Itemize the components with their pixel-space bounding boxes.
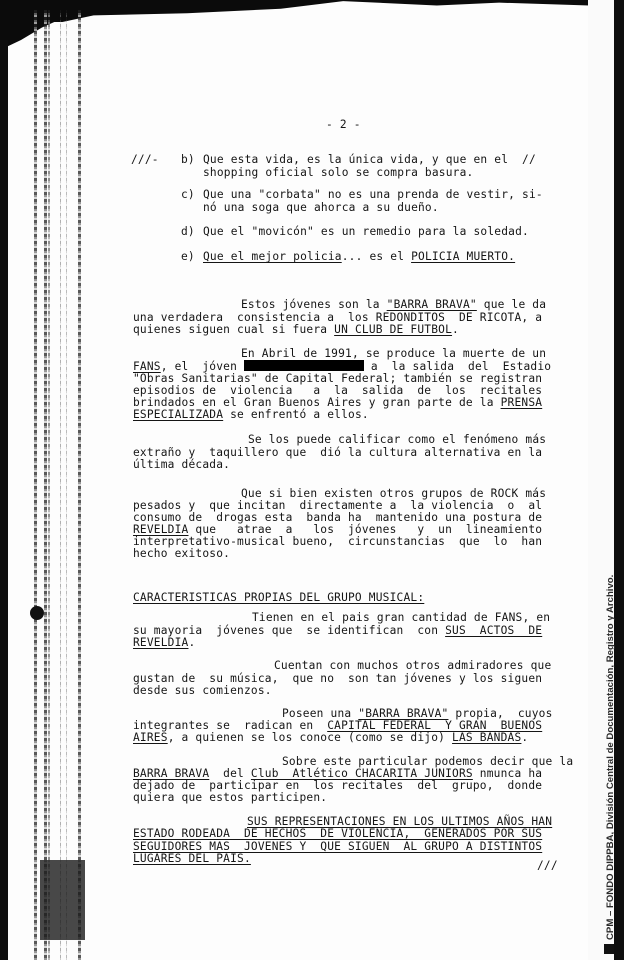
paragraph-line: REVELDIA. xyxy=(133,636,195,649)
text: se enfrentó a ellos. xyxy=(223,408,369,421)
paragraph-line: quienes siguen cual si fuera UN CLUB DE … xyxy=(133,323,459,336)
text: . xyxy=(521,731,528,744)
list-item-letter: e) xyxy=(181,250,195,263)
text: , a quienen se los conoce (como se dijo) xyxy=(168,731,452,744)
text: ... es el xyxy=(342,250,411,263)
continuation-mark: ///- xyxy=(131,153,159,166)
underlined-text: LAS BANDAS xyxy=(452,731,521,744)
list-item-text: Que esta vida, es la única vida, y que e… xyxy=(203,153,536,166)
underlined-text: CARACTERISTICAS PROPIAS DEL GRUPO MUSICA… xyxy=(133,591,424,604)
underlined-text: ESTADO RODEADA DE HECHOS DE VIOLENCIA, G… xyxy=(133,827,542,840)
underlined-text: Que el mejor policia xyxy=(203,250,342,263)
paragraph-line: Tienen en el pais gran cantidad de FANS,… xyxy=(252,611,550,624)
paragraph-line: quiera que estos participen. xyxy=(133,791,327,804)
page-number: - 2 - xyxy=(326,118,361,131)
list-item-letter: d) xyxy=(181,225,195,238)
underlined-text: SUS ACTOS DE xyxy=(445,624,542,637)
paragraph-line: En Abril de 1991, se produce la muerte d… xyxy=(241,347,546,360)
archive-watermark-text: CPM – FONDO DIPPBA, División Central de … xyxy=(604,594,616,954)
redaction-bar xyxy=(244,360,364,371)
document-body: - 2 - ///- b) Que esta vida, es la única… xyxy=(0,0,624,960)
underlined-text: PRENSA xyxy=(501,396,543,409)
paragraph-line: desde sus comienzos. xyxy=(133,684,272,697)
paragraph-line: hecho exitoso. xyxy=(133,547,230,560)
paragraph-line: Se los puede calificar como el fenómeno … xyxy=(248,433,546,446)
underlined-text: LUGARES DEL PAIS. xyxy=(133,852,251,865)
text: . xyxy=(188,636,195,649)
text: que le da xyxy=(477,298,546,311)
paragraph-line: ESPECIALIZADA se enfrentó a ellos. xyxy=(133,408,369,421)
text: Estos jóvenes son la xyxy=(241,298,387,311)
underlined-text: UN CLUB DE FUTBOL xyxy=(334,323,452,336)
underlined-text: AIRES xyxy=(133,731,168,744)
paragraph-line: ESTADO RODEADA DE HECHOS DE VIOLENCIA, G… xyxy=(133,827,542,840)
paragraph-line: AIRES, a quienen se los conoce (como se … xyxy=(133,731,528,744)
underlined-text: REVELDIA xyxy=(133,636,188,649)
text: CPM – FONDO DIPPBA, División Central de … xyxy=(605,575,616,940)
list-item-text: shopping oficial solo se compra basura. xyxy=(203,166,473,179)
list-item-text: nó una soga que ahorca a su dueño. xyxy=(203,201,439,214)
square-icon xyxy=(604,944,614,954)
paragraph-line: LUGARES DEL PAIS. xyxy=(133,852,251,865)
archive-watermark: CPM – FONDO DIPPBA, División Central de … xyxy=(600,594,620,954)
underlined-text: POLICIA MUERTO. xyxy=(411,250,515,263)
text: quienes siguen cual si fuera xyxy=(133,323,334,336)
end-mark: /// xyxy=(537,859,558,872)
list-item-letter: b) xyxy=(181,153,195,166)
paragraph-line: Estos jóvenes son la "BARRA BRAVA" que l… xyxy=(241,298,546,311)
underlined-text: ESPECIALIZADA xyxy=(133,408,223,421)
paragraph-line: Cuentan con muchos otros admiradores que xyxy=(274,659,551,672)
section-heading: CARACTERISTICAS PROPIAS DEL GRUPO MUSICA… xyxy=(133,591,424,604)
list-item-text: Que el "movicón" es un remedio para la s… xyxy=(203,225,529,238)
paragraph-line: última década. xyxy=(133,458,230,471)
text: . xyxy=(452,323,459,336)
underlined-text: "BARRA BRAVA" xyxy=(387,298,477,311)
list-item-letter: c) xyxy=(181,188,195,201)
list-item-text: Que el mejor policia... es el POLICIA MU… xyxy=(203,250,515,263)
list-item-text: Que una "corbata" no es una prenda de ve… xyxy=(203,188,543,201)
